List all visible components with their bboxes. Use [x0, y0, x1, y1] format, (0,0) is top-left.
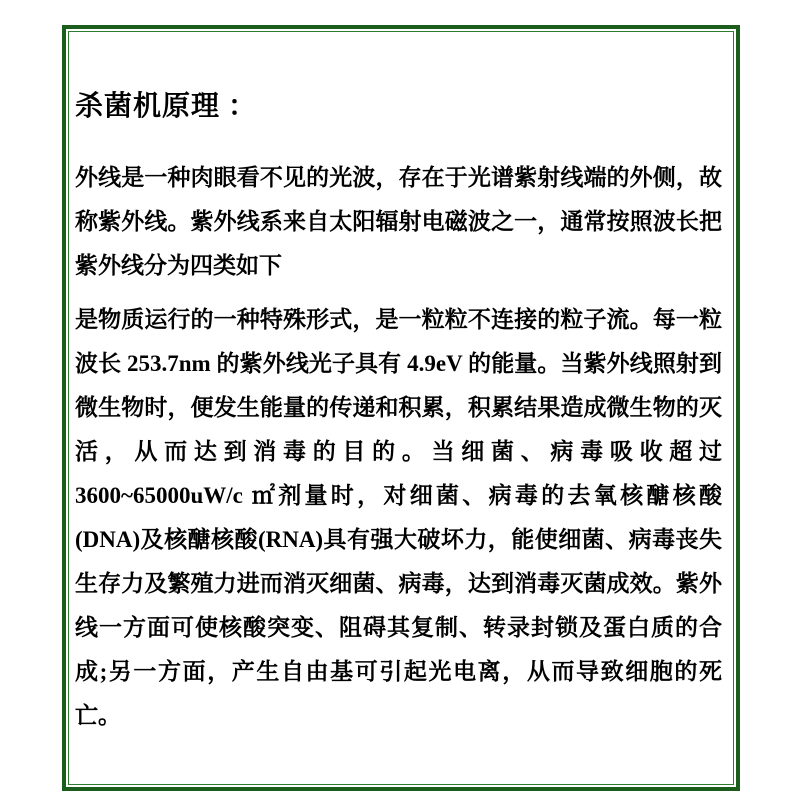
- page-border-inner: 杀菌机原理 ： 外线是一种肉眼看不见的光波，存在于光谱紫射线端的外侧，故称紫外线…: [68, 31, 734, 785]
- page-border-outer: 杀菌机原理 ： 外线是一种肉眼看不见的光波，存在于光谱紫射线端的外侧，故称紫外线…: [62, 25, 740, 791]
- document-page: 杀菌机原理 ： 外线是一种肉眼看不见的光波，存在于光谱紫射线端的外侧，故称紫外线…: [0, 0, 800, 800]
- document-title: 杀菌机原理 ：: [75, 84, 722, 124]
- paragraph-intro: 外线是一种肉眼看不见的光波，存在于光谱紫射线端的外侧，故称紫外线。紫外线系来自太…: [75, 156, 722, 288]
- document-content: 杀菌机原理 ： 外线是一种肉眼看不见的光波，存在于光谱紫射线端的外侧，故称紫外线…: [69, 32, 733, 784]
- paragraph-mechanism: 是物质运行的一种特殊形式，是一粒粒不连接的粒子流。每一粒波长 253.7nm 的…: [75, 298, 722, 738]
